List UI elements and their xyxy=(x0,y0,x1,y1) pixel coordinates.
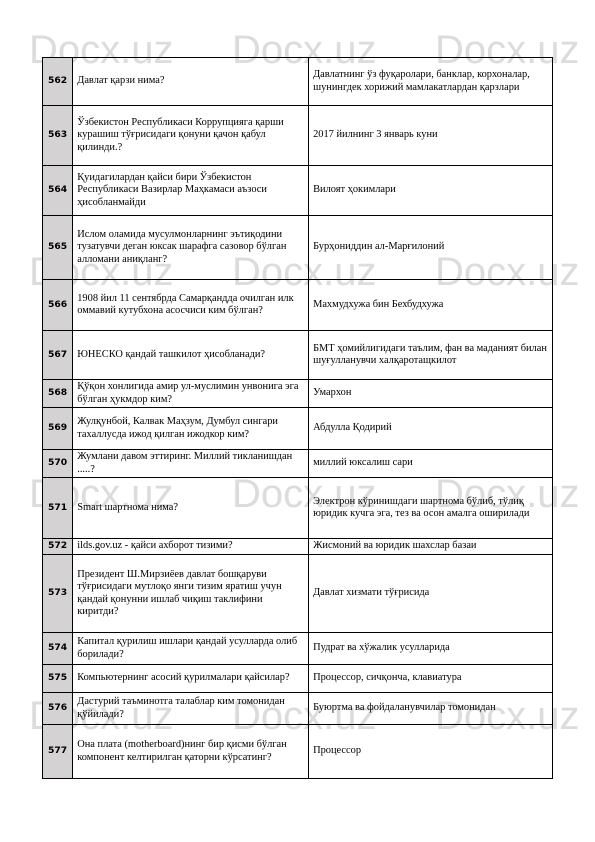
row-number: 573 xyxy=(43,555,73,633)
row-number: 576 xyxy=(43,693,73,725)
answer-cell: Давлат хизмати тўғрисида xyxy=(309,555,553,633)
table-row: 570 Жумлани давом эттиринг. Миллий тикла… xyxy=(43,450,553,478)
answer-cell: Вилоят ҳокимлари xyxy=(309,166,553,216)
row-number: 574 xyxy=(43,633,73,665)
question-cell: ЮНЕСКО қандай ташкилот ҳисобланади? xyxy=(73,331,309,380)
table-row: 571 Smart шартнома нима? Электрон кўрини… xyxy=(43,478,553,539)
row-number: 564 xyxy=(43,166,73,216)
row-number: 565 xyxy=(43,216,73,280)
question-cell: Дастурий таъминотга талаблар ким томонид… xyxy=(73,693,309,725)
answer-cell: Процессор xyxy=(309,725,553,779)
answer-cell: Давлатнинг ўз фуқаролари, банклар, корхо… xyxy=(309,58,553,106)
question-cell: Она плата (motherboard)нинг бир қисми бў… xyxy=(73,725,309,779)
table-row: 563 Ўзбекистон Республикаси Коррупцияга … xyxy=(43,106,553,166)
question-cell: Жулқунбой, Калвак Маҳзум, Думбул сингари… xyxy=(73,408,309,450)
row-number: 571 xyxy=(43,478,73,539)
question-cell: Компьютернинг асосий қурилмалари қайсила… xyxy=(73,665,309,693)
question-cell: Ислом оламида мусулмонларнинг эътиқодини… xyxy=(73,216,309,280)
row-number: 577 xyxy=(43,725,73,779)
row-number: 567 xyxy=(43,331,73,380)
row-number: 566 xyxy=(43,280,73,331)
answer-cell: Умархон xyxy=(309,380,553,408)
question-cell: Капитал қурилиш ишлари қандай усулларда … xyxy=(73,633,309,665)
question-cell: Қўқон хонлигида амир ул-муслимин унвониг… xyxy=(73,380,309,408)
table-row: 569 Жулқунбой, Калвак Маҳзум, Думбул син… xyxy=(43,408,553,450)
answer-cell: Буюртма ва фойдаланувчилар томонидан xyxy=(309,693,553,725)
answer-cell: Электрон кўринишдаги шартнома бўлиб, тўл… xyxy=(309,478,553,539)
table-row: 568 Қўқон хонлигида амир ул-муслимин унв… xyxy=(43,380,553,408)
answer-cell: 2017 йилнинг 3 январь куни xyxy=(309,106,553,166)
answer-cell: БМТ ҳомийлигидаги таълим, фан ва мадания… xyxy=(309,331,553,380)
table-row: 567 ЮНЕСКО қандай ташкилот ҳисобланади? … xyxy=(43,331,553,380)
question-cell: Ўзбекистон Республикаси Коррупцияга қарш… xyxy=(73,106,309,166)
question-cell: Давлат қарзи нима? xyxy=(73,58,309,106)
answer-cell: миллий юксалиш сари xyxy=(309,450,553,478)
table-row: 565 Ислом оламида мусулмонларнинг эътиқо… xyxy=(43,216,553,280)
answer-cell: Пудрат ва хўжалик усулларида xyxy=(309,633,553,665)
answer-cell: Абдулла Қодирий xyxy=(309,408,553,450)
table-row: 572 ilds.gov.uz - қайси ахборот тизими? … xyxy=(43,539,553,555)
table-row: 576 Дастурий таъминотга талаблар ким том… xyxy=(43,693,553,725)
question-cell: 1908 йил 11 сентябрда Самарқандда очилга… xyxy=(73,280,309,331)
answer-cell: Жисмоний ва юридик шахслар базаи xyxy=(309,539,553,555)
question-cell: Жумлани давом эттиринг. Миллий тикланишд… xyxy=(73,450,309,478)
row-number: 572 xyxy=(43,539,73,555)
table-row: 574 Капитал қурилиш ишлари қандай усулла… xyxy=(43,633,553,665)
qa-table-body: 562 Давлат қарзи нима? Давлатнинг ўз фуқ… xyxy=(43,58,553,779)
question-cell: ilds.gov.uz - қайси ахборот тизими? xyxy=(73,539,309,555)
row-number: 569 xyxy=(43,408,73,450)
row-number: 575 xyxy=(43,665,73,693)
row-number: 568 xyxy=(43,380,73,408)
table-row: 573 Президент Ш.Мирзиёев давлат бошқарув… xyxy=(43,555,553,633)
table-row: 566 1908 йил 11 сентябрда Самарқандда оч… xyxy=(43,280,553,331)
question-cell: Smart шартнома нима? xyxy=(73,478,309,539)
table-row: 562 Давлат қарзи нима? Давлатнинг ўз фуқ… xyxy=(43,58,553,106)
answer-cell: Махмудхужа бин Бехбудхужа xyxy=(309,280,553,331)
row-number: 563 xyxy=(43,106,73,166)
question-cell: Президент Ш.Мирзиёев давлат бошқаруви тў… xyxy=(73,555,309,633)
row-number: 562 xyxy=(43,58,73,106)
qa-table: 562 Давлат қарзи нима? Давлатнинг ўз фуқ… xyxy=(42,57,553,779)
row-number: 570 xyxy=(43,450,73,478)
table-row: 564 Қуидагилардан қайси бири Ўзбекистон … xyxy=(43,166,553,216)
answer-cell: Бурҳониддин ал-Марғилоний xyxy=(309,216,553,280)
answer-cell: Процессор, сичқонча, клавиатура xyxy=(309,665,553,693)
question-cell: Қуидагилардан қайси бири Ўзбекистон Респ… xyxy=(73,166,309,216)
table-row: 577 Она плата (motherboard)нинг бир қисм… xyxy=(43,725,553,779)
table-row: 575 Компьютернинг асосий қурилмалари қай… xyxy=(43,665,553,693)
